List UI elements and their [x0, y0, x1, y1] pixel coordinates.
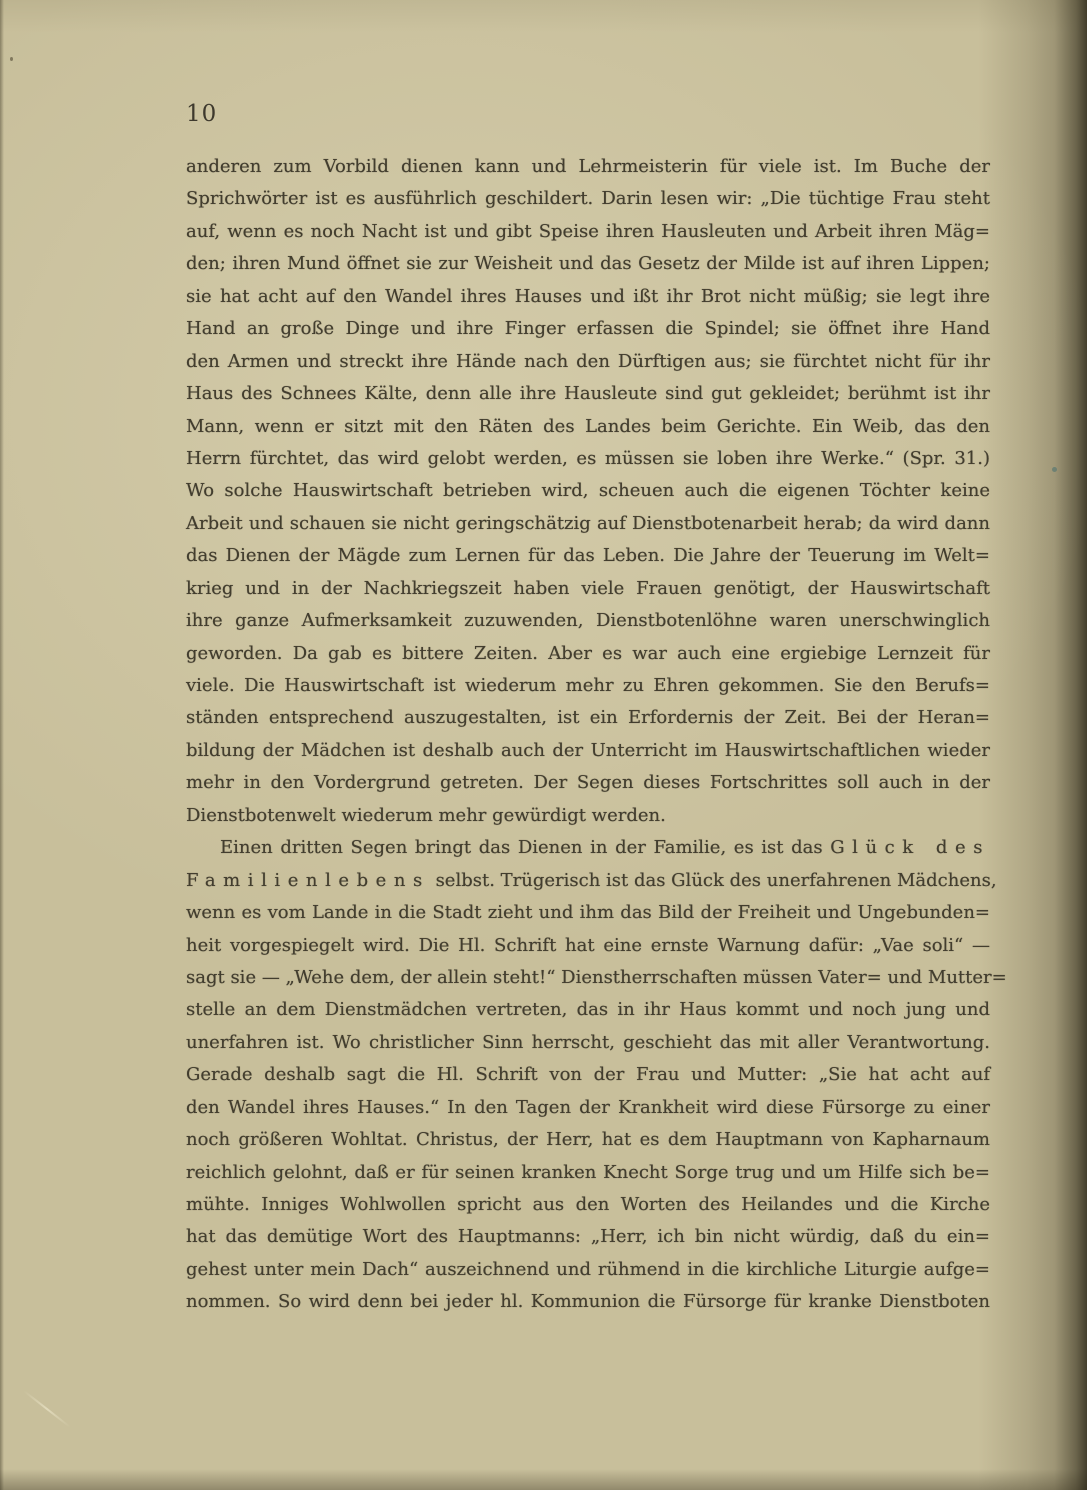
text-line: mühte. Inniges Wohlwollen spricht aus de… — [186, 1189, 990, 1221]
text-line: mehr in den Vordergrund getreten. Der Se… — [186, 767, 990, 799]
text-line: heit vorgespiegelt wird. Die Hl. Schrift… — [186, 930, 990, 962]
book-page: 10 anderen zum Vorbild dienen kann und L… — [0, 0, 1087, 1490]
text-line: Gerade deshalb sagt die Hl. Schrift von … — [186, 1059, 990, 1091]
text-line: viele. Die Hauswirtschaft ist wiederum m… — [186, 670, 990, 702]
text-line: das Dienen der Mägde zum Lernen für das … — [186, 540, 990, 572]
letterspaced-text: Familienlebens — [186, 870, 430, 891]
text-line: Dienstbotenwelt wiederum mehr gewürdigt … — [186, 800, 990, 832]
text-line: Haus des Schnees Kälte, denn alle ihre H… — [186, 378, 990, 410]
page-number: 10 — [186, 101, 217, 127]
text-line: Mann, wenn er sitzt mit den Räten des La… — [186, 411, 990, 443]
text-line: ständen entsprechend auszugestalten, ist… — [186, 702, 990, 734]
text-line: den; ihren Mund öffnet sie zur Weisheit … — [186, 248, 990, 280]
text-line: bildung der Mädchen ist deshalb auch der… — [186, 735, 990, 767]
text-line: krieg und in der Nachkriegszeit haben vi… — [186, 573, 990, 605]
text-line: stelle an dem Dienstmädchen vertreten, d… — [186, 994, 990, 1026]
text-line: noch größeren Wohltat. Christus, der Her… — [186, 1124, 990, 1156]
body-text: anderen zum Vorbild dienen kann und Lehr… — [186, 151, 990, 1319]
text-line: Hand an große Dinge und ihre Finger erfa… — [186, 313, 990, 345]
letterspaced-text: Glück des — [830, 837, 990, 858]
text-line: hat das demütige Wort des Hauptmanns: „H… — [186, 1221, 990, 1253]
text-segment: selbst. Trügerisch ist das Glück des une… — [430, 870, 997, 891]
paper-speck — [1052, 467, 1057, 472]
paper-crease — [24, 1390, 71, 1427]
text-line: sie hat acht auf den Wandel ihres Hauses… — [186, 281, 990, 313]
text-line: auf, wenn es noch Nacht ist und gibt Spe… — [186, 216, 990, 248]
text-line: sagt sie — „Wehe dem, der allein steht!“… — [186, 962, 990, 994]
text-line: Einen dritten Segen bringt das Dienen in… — [186, 832, 990, 864]
paper-speck — [10, 57, 13, 61]
text-line: reichlich gelohnt, daß er für seinen kra… — [186, 1157, 990, 1189]
text-line: geworden. Da gab es bittere Zeiten. Aber… — [186, 638, 990, 670]
text-line: wenn es vom Lande in die Stadt zieht und… — [186, 897, 990, 929]
text-line: anderen zum Vorbild dienen kann und Lehr… — [186, 151, 990, 183]
text-line: Familienlebens selbst. Trügerisch ist da… — [186, 865, 990, 897]
text-line: ihre ganze Aufmerksamkeit zuzuwenden, Di… — [186, 605, 990, 637]
text-line: nommen. So wird denn bei jeder hl. Kommu… — [186, 1286, 990, 1318]
text-line: gehest unter mein Dach“ auszeichnend und… — [186, 1254, 990, 1286]
text-line: Herrn fürchtet, das wird gelobt werden, … — [186, 443, 990, 475]
text-line: Arbeit und schauen sie nicht geringschät… — [186, 508, 990, 540]
text-line: unerfahren ist. Wo christlicher Sinn her… — [186, 1027, 990, 1059]
text-segment: Einen dritten Segen bringt das Dienen in… — [220, 837, 830, 858]
text-line: Sprichwörter ist es ausführlich geschild… — [186, 183, 990, 215]
text-line: Wo solche Hauswirtschaft betrieben wird,… — [186, 475, 990, 507]
text-line: den Armen und streckt ihre Hände nach de… — [186, 346, 990, 378]
text-line: den Wandel ihres Hauses.“ In den Tagen d… — [186, 1092, 990, 1124]
